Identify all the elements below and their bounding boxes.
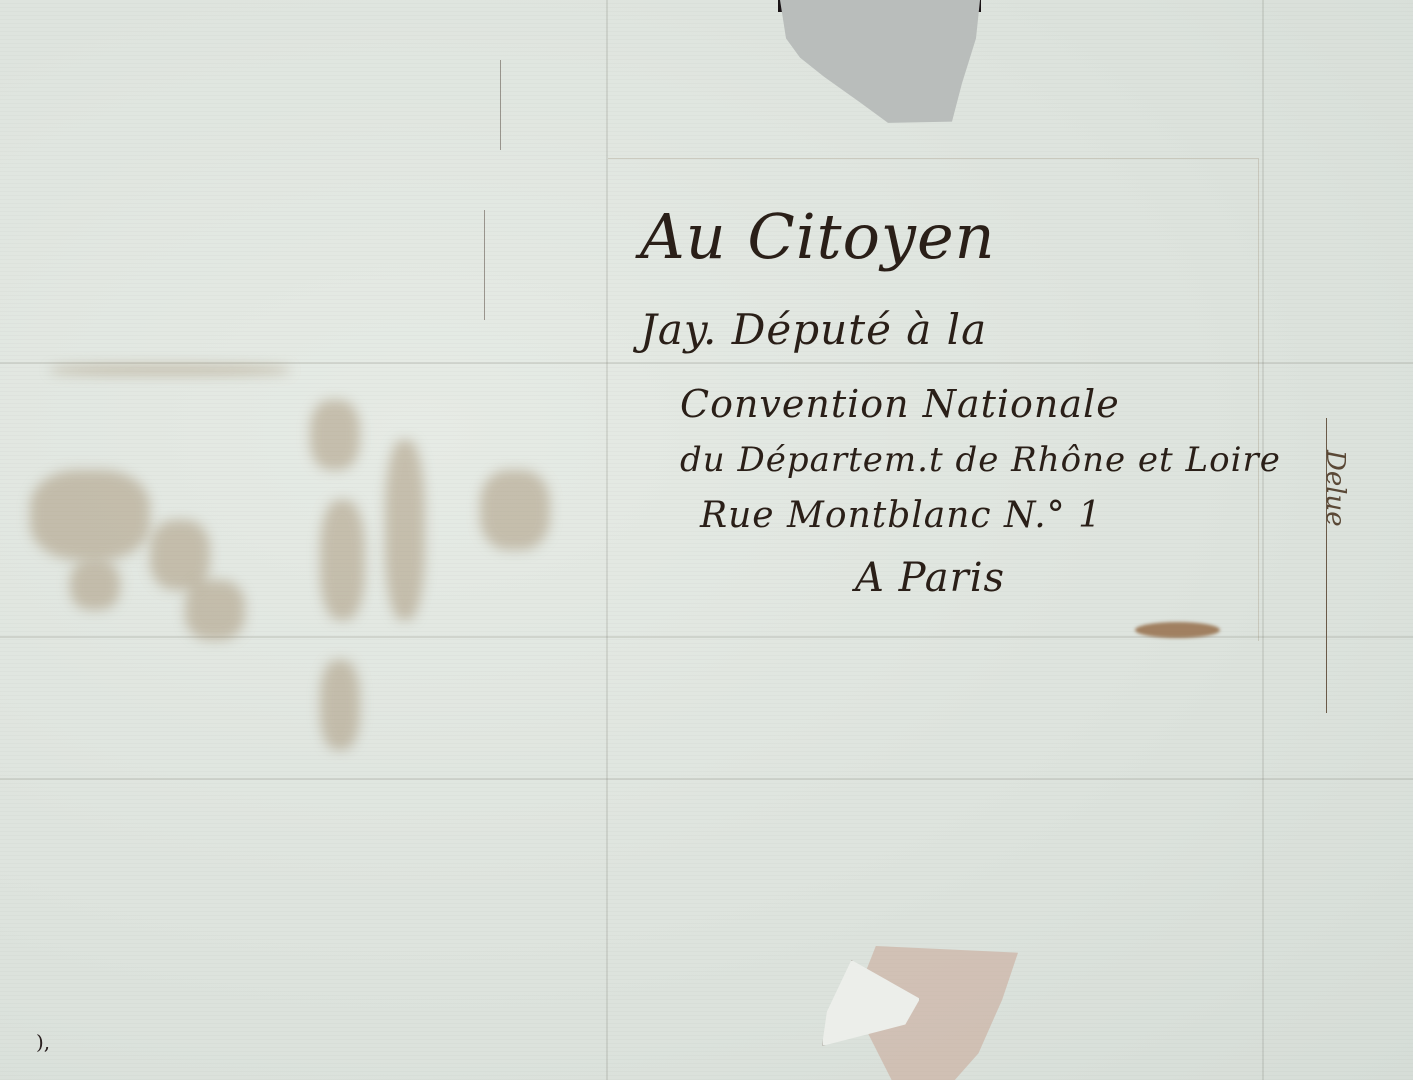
fold-line-vertical (1262, 0, 1264, 1080)
fold-line-horizontal (0, 778, 1413, 780)
address-line-department: du Départem.t de Rhône et Loire (680, 440, 1281, 480)
pencil-stroke (500, 60, 501, 150)
corner-ink-marks: ), (36, 1030, 50, 1054)
letter-sheet: Au Citoyen Jay. Député à la Convention N… (0, 0, 1413, 1080)
margin-annotation: Delue (1320, 450, 1350, 527)
address-line-recipient-title: Au Citoyen (640, 200, 996, 273)
brown-stain (1135, 622, 1220, 638)
torn-hole (780, 0, 980, 128)
address-line-street: Rue Montblanc N.° 1 (700, 495, 1102, 536)
address-line-city: A Paris (855, 555, 1005, 601)
address-line-institution: Convention Nationale (680, 382, 1120, 426)
wax-seal-remnant (820, 942, 1030, 1080)
address-line-name: Jay. Député à la (640, 305, 987, 354)
pencil-stroke (484, 210, 485, 320)
